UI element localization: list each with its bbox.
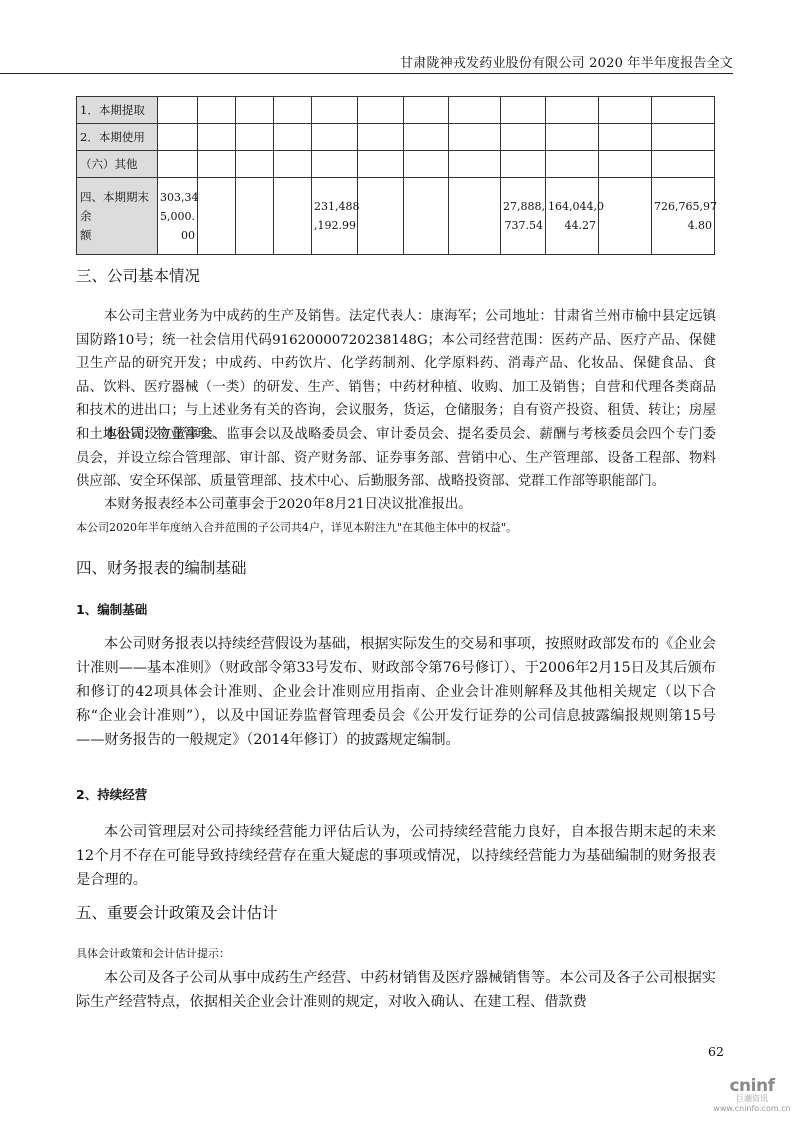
section-heading: 三、公司基本情况 <box>76 264 200 286</box>
subsection-heading: 2、持续经营 <box>76 785 147 803</box>
cell-line: 737.54 <box>503 216 543 235</box>
cell-line: 726,765,97 <box>654 197 712 216</box>
cell-capital-reserve: 231,488 ,192.99 <box>312 178 358 255</box>
label-line: 四、本期期末余 <box>80 188 155 226</box>
paragraph: 本公司设立董事会、监事会以及战略委员会、审计委员会、提名委员会、薪酬与考核委员会… <box>76 423 716 494</box>
table-row: 1．本期提取 <box>77 97 715 124</box>
cell-total-equity: 726,765,97 4.80 <box>652 178 715 255</box>
row-label: 四、本期期末余 额 <box>77 178 158 255</box>
cell-line: 00 <box>160 226 195 245</box>
cninfo-logo: cninf 巨潮资讯 www.cninfo.com.cn <box>712 1076 792 1113</box>
row-label: 1．本期提取 <box>77 97 158 124</box>
label-line: 额 <box>80 226 155 245</box>
cell-line: 303,34 <box>160 188 195 207</box>
cell-line: 5,000. <box>160 207 195 226</box>
cell-line: 231,488 <box>314 197 355 216</box>
paragraph: 本公司及各子公司从事中成药生产经营、中药材销售及医疗器械销售等。本公司及各子公司… <box>76 966 716 1014</box>
report-title: 甘肃陇神戎发药业股份有限公司 2020 年半年度报告全文 <box>400 52 733 71</box>
subsection-heading: 1、编制基础 <box>76 600 147 618</box>
table-row-ending-balance: 四、本期期末余 额 303,34 5,000. 00 231,488 ,192.… <box>77 178 715 255</box>
cell-share-capital: 303,34 5,000. 00 <box>158 178 198 255</box>
cell-surplus-reserve: 27,888, 737.54 <box>501 178 546 255</box>
row-label: 2．本期使用 <box>77 124 158 151</box>
cell-line: 44.27 <box>548 216 596 235</box>
page-header: 甘肃陇神戎发药业股份有限公司 2020 年半年度报告全文 <box>0 50 733 74</box>
cell-line: ,192.99 <box>314 216 355 235</box>
paragraph: 本公司管理层对公司持续经营能力评估后认为，公司持续经营能力良好，自本报告期末起的… <box>76 820 716 892</box>
logo-url: www.cninfo.com.cn <box>712 1104 792 1113</box>
cell-line: 164,044,0 <box>548 197 596 216</box>
paragraph: 本公司财务报表以持续经营假设为基础，根据实际发生的交易和事项，按照财政部发布的《… <box>76 632 716 752</box>
page-number: 62 <box>708 1044 724 1059</box>
paragraph: 本财务报表经本公司董事会于2020年8月21日决议批准报出。 <box>76 493 716 517</box>
note: 本公司2020年半年度纳入合并范围的子公司共4户，详见本附注九"在其他主体中的权… <box>76 519 517 535</box>
cell-retained-earnings: 164,044,0 44.27 <box>546 178 599 255</box>
row-label: （六）其他 <box>77 151 158 178</box>
table-row: 2．本期使用 <box>77 124 715 151</box>
section-heading: 四、财务报表的编制基础 <box>76 556 247 578</box>
section-heading: 五、重要会计政策及会计估计 <box>76 901 278 923</box>
equity-change-table: 1．本期提取 2．本期使用 （六）其他 四、本期期末余 额 303,34 5,0… <box>76 96 715 255</box>
cell-line: 27,888, <box>503 197 543 216</box>
logo-cn-text: 巨潮资讯 <box>712 1093 792 1104</box>
table-row: （六）其他 <box>77 151 715 178</box>
hint-text: 具体会计政策和会计估计提示： <box>76 945 230 961</box>
cell-line: 4.80 <box>654 216 712 235</box>
